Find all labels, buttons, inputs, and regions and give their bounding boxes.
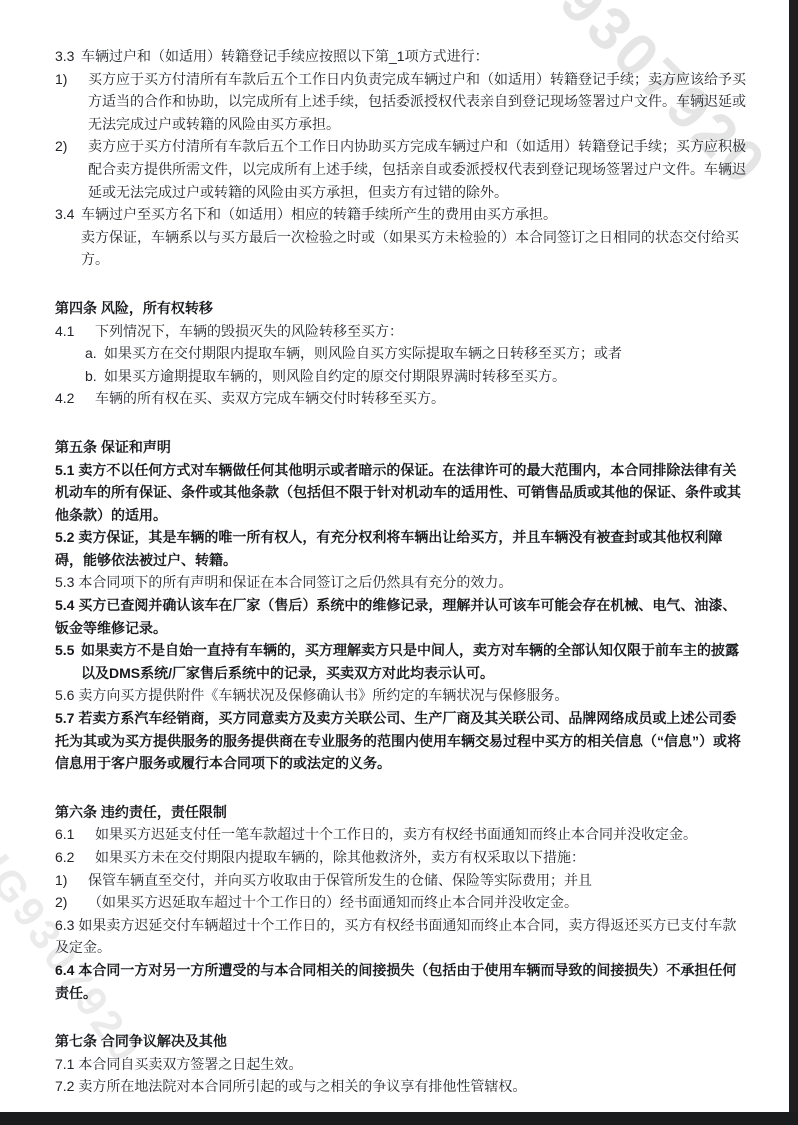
clause-paragraph: 1)买方应于买方付清所有车款后五个工作日内负责完成车辆过户和（如适用）转籍登记手… <box>55 68 746 136</box>
clause-paragraph: 2)（如果买方迟延取车超过十个工作日的）经书面通知而终止本合同并没收定金。 <box>55 891 746 914</box>
clause-number: 5.5 <box>55 639 81 684</box>
clause-number: b. <box>85 365 104 388</box>
clause-text: 车辆过户和（如适用）转籍登记手续应按照以下第_1项方式进行： <box>81 45 746 68</box>
clause-text: 买方应于买方付清所有车款后五个工作日内负责完成车辆过户和（如适用）转籍登记手续；… <box>88 68 746 136</box>
clause-text: 下列情况下，车辆的毁损灭失的风险转移至买方： <box>95 320 746 343</box>
clause-paragraph: 6.2如果买方未在交付期限内提取车辆的，除其他救济外，卖方有权采取以下措施： <box>55 846 746 869</box>
contract-section: 3.3车辆过户和（如适用）转籍登记手续应按照以下第_1项方式进行：1)买方应于买… <box>55 45 746 271</box>
clause-number: 1) <box>55 68 88 136</box>
page-edge-right <box>789 0 798 1125</box>
clause-text: 如果买方迟延支付任一笔车款超过十个工作日的，卖方有权经书面通知而终止本合同并没收… <box>95 823 746 846</box>
contract-section: 第六条 违约责任，责任限制6.1如果买方迟延支付任一笔车款超过十个工作日的，卖方… <box>55 801 746 1004</box>
clause-number: 2) <box>55 135 88 203</box>
clause-number: 6.1 <box>55 823 95 846</box>
section-heading: 第六条 违约责任，责任限制 <box>55 801 746 824</box>
clause-paragraph: 6.1如果买方迟延支付任一笔车款超过十个工作日的，卖方有权经书面通知而终止本合同… <box>55 823 746 846</box>
clause-text: 车辆过户至买方名下和（如适用）相应的转籍手续所产生的费用由买方承担。 <box>81 203 746 226</box>
clause-number: 1) <box>55 869 88 892</box>
clause-paragraph: 7.1 本合同自买卖双方签署之日起生效。 <box>55 1053 746 1076</box>
clause-text: 如果买方逾期提取车辆的，则风险自约定的原交付期限界满时转移至买方。 <box>104 365 746 388</box>
clause-text: 车辆的所有权在买、卖双方完成车辆交付时转移至买方。 <box>95 387 746 410</box>
clause-paragraph: 5.5如果卖方不是自始一直持有车辆的，买方理解卖方只是中间人，卖方对车辆的全部认… <box>55 639 746 684</box>
clause-number: 3.4 <box>55 203 81 226</box>
clause-text: 如果卖方不是自始一直持有车辆的，买方理解卖方只是中间人，卖方对车辆的全部认知仅限… <box>81 639 746 684</box>
clause-paragraph: 2)卖方应于买方付清所有车款后五个工作日内协助买方完成车辆过户和（如适用）转籍登… <box>55 135 746 203</box>
clause-paragraph: 4.1下列情况下，车辆的毁损灭失的风险转移至买方： <box>55 320 746 343</box>
contract-section: 第五条 保证和声明5.1 卖方不以任何方式对车辆做任何其他明示或者暗示的保证。在… <box>55 436 746 775</box>
contract-section: 第四条 风险，所有权转移4.1下列情况下，车辆的毁损灭失的风险转移至买方：a.如… <box>55 297 746 410</box>
clause-paragraph: 3.4车辆过户至买方名下和（如适用）相应的转籍手续所产生的费用由买方承担。 <box>55 203 746 226</box>
clause-number: 3.3 <box>55 45 81 68</box>
section-heading: 第七条 合同争议解决及其他 <box>55 1030 746 1053</box>
clause-number: 2) <box>55 891 88 914</box>
clause-text: （如果买方迟延取车超过十个工作日的）经书面通知而终止本合同并没收定金。 <box>88 891 746 914</box>
clause-paragraph: 5.2 卖方保证，其是车辆的唯一所有权人，有充分权利将车辆出让给买方，并且车辆没… <box>55 526 746 571</box>
clause-number <box>55 226 81 271</box>
clause-paragraph: 5.1 卖方不以任何方式对车辆做任何其他明示或者暗示的保证。在法律许可的最大范围… <box>55 459 746 527</box>
clause-paragraph: 5.3 本合同项下的所有声明和保证在本合同签订之后仍然具有充分的效力。 <box>55 571 746 594</box>
clause-number: a. <box>85 342 104 365</box>
clause-paragraph: a.如果买方在交付期限内提取车辆，则风险自买方实际提取车辆之日转移至买方；或者 <box>55 342 746 365</box>
clause-text: 保管车辆直至交付，并向买方收取由于保管所发生的仓储、保险等实际费用；并且 <box>88 869 746 892</box>
clause-paragraph: b.如果买方逾期提取车辆的，则风险自约定的原交付期限界满时转移至买方。 <box>55 365 746 388</box>
clause-text: 卖方保证，车辆系以与买方最后一次检验之时或（如果买方未检验的）本合同签订之日相同… <box>81 226 746 271</box>
clause-paragraph: 5.4 买方已查阅并确认该车在厂家（售后）系统中的维修记录，理解并认可该车可能会… <box>55 594 746 639</box>
clause-paragraph: 5.6 卖方向买方提供附件《车辆状况及保修确认书》所约定的车辆状况与保修服务。 <box>55 684 746 707</box>
clause-paragraph: 4.2车辆的所有权在买、卖双方完成车辆交付时转移至买方。 <box>55 387 746 410</box>
clause-text: 如果买方在交付期限内提取车辆，则风险自买方实际提取车辆之日转移至买方；或者 <box>104 342 746 365</box>
contract-section: 第七条 合同争议解决及其他7.1 本合同自买卖双方签署之日起生效。7.2 卖方所… <box>55 1030 746 1098</box>
clause-text: 卖方应于买方付清所有车款后五个工作日内协助买方完成车辆过户和（如适用）转籍登记手… <box>88 135 746 203</box>
clause-number: 4.1 <box>55 320 95 343</box>
contract-body: 3.3车辆过户和（如适用）转籍登记手续应按照以下第_1项方式进行：1)买方应于买… <box>0 0 798 1098</box>
section-heading: 第四条 风险，所有权转移 <box>55 297 746 320</box>
clause-paragraph: 卖方保证，车辆系以与买方最后一次检验之时或（如果买方未检验的）本合同签订之日相同… <box>55 226 746 271</box>
clause-number: 4.2 <box>55 387 95 410</box>
clause-paragraph: 7.2 卖方所在地法院对本合同所引起的或与之相关的争议享有排他性管辖权。 <box>55 1075 746 1098</box>
clause-paragraph: 5.7 若卖方系汽车经销商，买方同意卖方及卖方关联公司、生产厂商及其关联公司、品… <box>55 707 746 775</box>
clause-paragraph: 1)保管车辆直至交付，并向买方收取由于保管所发生的仓储、保险等实际费用；并且 <box>55 869 746 892</box>
contract-page: AIG9307920 AIG9307920 3.3车辆过户和（如适用）转籍登记手… <box>0 0 798 1125</box>
clause-number: 6.2 <box>55 846 95 869</box>
clause-text: 如果买方未在交付期限内提取车辆的，除其他救济外，卖方有权采取以下措施： <box>95 846 746 869</box>
clause-paragraph: 6.3 如果卖方迟延交付车辆超过十个工作日的，买方有权经书面通知而终止本合同，卖… <box>55 914 746 959</box>
clause-paragraph: 3.3车辆过户和（如适用）转籍登记手续应按照以下第_1项方式进行： <box>55 45 746 68</box>
clause-paragraph: 6.4 本合同一方对另一方所遭受的与本合同相关的间接损失（包括由于使用车辆而导致… <box>55 959 746 1004</box>
section-heading: 第五条 保证和声明 <box>55 436 746 459</box>
page-edge-bottom <box>0 1112 798 1125</box>
